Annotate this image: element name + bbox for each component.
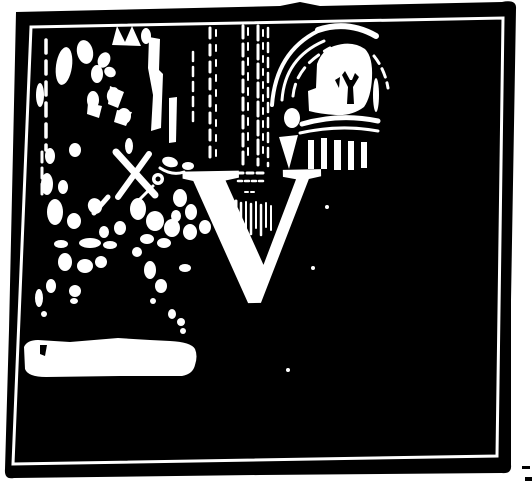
scanned-page: V [0, 0, 532, 485]
baluster [348, 141, 354, 170]
baluster [361, 142, 367, 168]
ink-speck [522, 466, 530, 469]
arch-sliver [373, 78, 379, 112]
table-slab [24, 338, 197, 377]
initial-letter: V [179, 123, 326, 344]
curl-center [156, 177, 161, 182]
ink-speck [525, 477, 532, 481]
baluster [334, 140, 341, 170]
column-bar [169, 97, 177, 143]
woodcut-initial-v: V [0, 0, 532, 485]
